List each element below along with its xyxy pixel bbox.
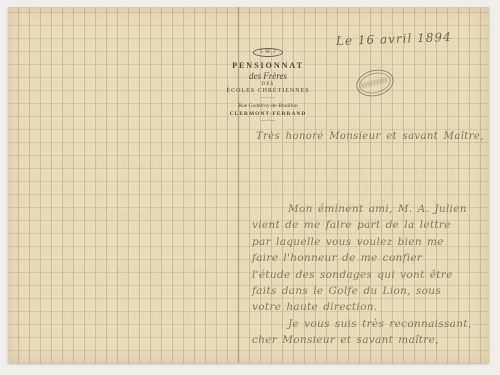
ink-bleedthrough xyxy=(38,162,208,169)
letterhead-divider: —·— xyxy=(213,96,323,101)
body-line: Mon éminent ami, M. A. Julien xyxy=(252,201,490,217)
body-line: l'étude des sondages qui vont être xyxy=(252,267,490,283)
body-line: votre haute direction. xyxy=(252,299,490,315)
ink-bleedthrough xyxy=(33,267,213,274)
ink-bleedthrough xyxy=(258,167,458,174)
body-line: faits dans le Golfe du Lion, sous xyxy=(252,283,490,299)
ink-bleedthrough xyxy=(263,185,443,192)
body-line: vient de me faire part de la lettre xyxy=(252,217,490,233)
letterhead-city: CLERMONT-FERRAND xyxy=(213,111,323,117)
body-line: cher Monsieur et savant maître, xyxy=(252,332,490,348)
ink-bleedthrough xyxy=(58,312,198,319)
letterhead-monogram: J.M.J xyxy=(253,48,283,57)
letter-body: Mon éminent ami, M. A. Julien vient de m… xyxy=(252,201,490,349)
letterhead-des: DES xyxy=(213,82,323,87)
letterhead-subtitle: des Frères xyxy=(213,71,323,81)
letterhead-ecoles: ÉCOLES CHRÉTIENNES xyxy=(213,88,323,94)
letterhead-divider: —·— xyxy=(213,119,323,124)
letterhead-street: Rue Godefroy-de-Bouillon xyxy=(213,103,323,109)
body-line: Je vous suis très reconnaissant, xyxy=(252,316,490,332)
letterhead-title: PENSIONNAT xyxy=(213,61,323,70)
body-line: par laquelle vous voulez bien me xyxy=(252,234,490,250)
body-line: faire l'honneur de me confier xyxy=(252,250,490,266)
scanned-letter: J.M.J PENSIONNAT des Frères DES ÉCOLES C… xyxy=(0,0,500,375)
ink-bleedthrough xyxy=(53,212,203,219)
salutation-line: Très honoré Monsieur et savant Maître, xyxy=(256,131,484,142)
letterhead: J.M.J PENSIONNAT des Frères DES ÉCOLES C… xyxy=(213,40,323,124)
